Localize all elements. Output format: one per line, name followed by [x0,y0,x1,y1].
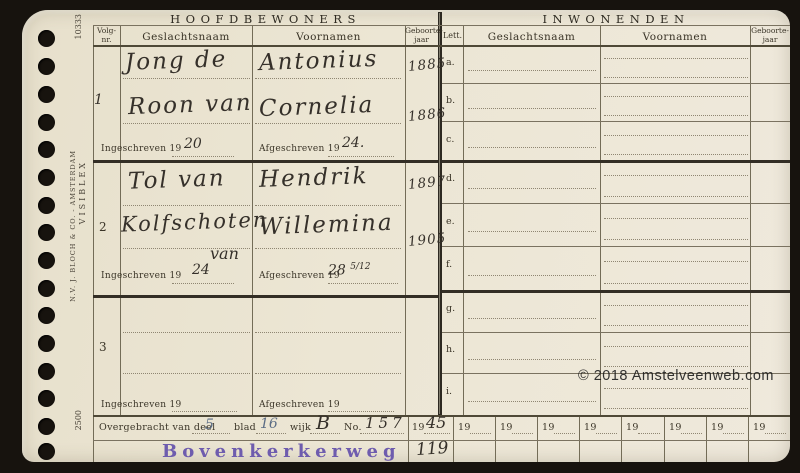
write-line [123,373,250,374]
section-title-inwonenden: INWONENDEN [442,12,790,26]
punch-hole [38,197,55,214]
column-header-geslachtsnaam-right: Geslachtsnaam [463,31,600,43]
write-line [360,433,404,434]
street-stamp: Bovenkerkerweg [162,441,401,462]
lett-label: d. [446,173,455,184]
punch-hole [38,335,55,352]
punch-hole [38,141,55,158]
overgebracht-label: Overgebracht van deel [99,422,215,433]
write-line [468,147,596,148]
punch-hole [38,114,55,131]
volgnr-value: 1 [94,92,103,108]
section-title-hoofdbewoners: HOOFDBEWONERS [93,12,438,26]
ingeschreven-label: Ingeschreven 19 [101,271,182,281]
divider [442,83,790,84]
write-line [604,135,748,136]
house-number: 119 [415,438,449,460]
write-line [255,123,401,124]
punch-hole [38,307,55,324]
lett-label: c. [446,134,454,145]
lett-label: e. [446,216,455,227]
write-line [255,205,401,206]
write-line [468,70,596,71]
ingeschreven-label: Ingeschreven 19 [101,144,182,154]
block-divider [93,295,438,298]
write-line [468,188,596,189]
entry-geslachtsnaam-extra: van [210,244,239,263]
punch-hole [38,224,55,241]
lett-label: b. [446,95,455,106]
write-line [604,77,748,78]
write-line [468,401,596,402]
write-line [172,156,234,157]
punch-hole [38,86,55,103]
write-line [604,346,748,347]
afgeschreven-label: Afgeschreven 19 [259,400,340,410]
write-line [123,123,250,124]
write-line [255,248,401,249]
write-line [468,318,596,319]
entry-geslachtsnaam: Kolfschoten [121,207,269,236]
punch-hole [38,390,55,407]
write-line [192,433,230,434]
divider [442,203,790,204]
column-header-geslachtsnaam-left: Geslachtsnaam [120,31,252,43]
write-line [470,433,491,434]
entry-voornamen: Cornelia [259,92,375,122]
afgeschreven-value: 24. [342,135,364,151]
entry-geslachtsnaam: Tol van [128,165,226,194]
divider [706,415,707,462]
write-line [554,433,575,434]
write-line [468,231,596,232]
year-prefix: 19 [584,422,597,433]
write-line [604,261,748,262]
no-label: No. [344,422,362,433]
section-divider [438,12,442,415]
blad-value: 16 [260,416,278,432]
write-line [255,373,401,374]
year-prefix: 19 [669,422,682,433]
divider [495,415,496,462]
write-line [123,332,250,333]
write-line [604,408,748,409]
afgeschreven-fraction: 5/12 [350,262,370,272]
write-line [255,78,401,79]
write-line [172,411,237,412]
write-line [172,283,234,284]
write-line [512,433,533,434]
write-line [604,96,748,97]
geboortejaar-line2: jaar [414,35,429,44]
write-line [604,305,748,306]
column-header-voornamen-left: Voornamen [252,31,405,43]
write-line [604,283,748,284]
divider [453,415,454,462]
ingeschreven-label: Ingeschreven 19 [101,400,182,410]
geboortejaar-line2: jaar [763,35,778,44]
serial-number-bottom: 2500 [74,410,83,430]
block-divider [93,160,438,163]
brand-name: VISIBLEX [78,160,87,224]
divider [408,415,409,462]
column-header-geboortejaar-right: Geboorte- jaar [750,27,790,44]
register-card: 10333 VISIBLEX N.V. J. BLOCH & CO. - AMS… [22,10,790,462]
column-header-voornamen-right: Voornamen [600,31,750,43]
write-line [604,196,748,197]
year-prefix: 19 [753,422,766,433]
divider [664,415,665,462]
column-header-lett: Lett. [442,32,463,41]
year-prefix: 19 [500,422,513,433]
write-line [604,58,748,59]
divider [579,415,580,462]
afgeschreven-value: 28 5/12 [328,262,371,279]
punch-hole [38,30,55,47]
write-line [123,205,250,206]
write-line [604,218,748,219]
write-line [328,283,398,284]
write-line [328,411,394,412]
lett-label: h. [446,344,455,355]
brand-company: N.V. J. BLOCH & CO. - AMSTERDAM [69,150,77,302]
write-line [256,433,286,434]
write-line [765,433,786,434]
column-header-volgnr: Volg- nr. [93,27,120,44]
divider [621,415,622,462]
year-prefix: 19 [626,422,639,433]
scanned-register-card-page: { "page": { "watermark": "© 2018 Amstelv… [0,0,800,473]
ingeschreven-value: 24 [192,262,210,278]
block-divider [442,160,790,163]
no-value: 157 [365,414,406,432]
write-line [604,239,748,240]
punch-hole [38,58,55,75]
write-line [255,332,401,333]
deel-value: 5 [205,417,214,433]
block-divider [442,290,790,293]
entry-voornamen: Antonius [259,46,379,76]
wijk-value: B [316,412,330,434]
write-line [328,156,394,157]
write-line [604,366,748,367]
divider [405,25,406,415]
copyright-watermark: © 2018 Amstelveenweb.com [578,368,774,384]
blad-label: blad [234,422,256,433]
write-line [638,433,660,434]
divider [442,246,790,247]
lett-label: f. [446,259,452,270]
entry-voornamen: Hendrik [259,163,369,193]
write-line [604,115,748,116]
afgeschreven-label: Afgeschreven 19 [259,144,340,154]
write-line [424,433,450,434]
write-line [468,275,596,276]
write-line [604,388,748,389]
year-prefix: 19 [711,422,724,433]
year-value: 45 [426,413,446,432]
punch-hole [38,252,55,269]
divider [442,332,790,333]
entry-geslachtsnaam: Jong de [125,46,228,76]
divider [442,121,790,122]
write-line [604,325,748,326]
punch-hole [38,169,55,186]
lett-label: i. [446,386,452,397]
write-line [468,108,596,109]
entry-geslachtsnaam: Roon van [128,90,253,120]
year-prefix: 19 [458,422,471,433]
serial-number-top: 10333 [74,14,83,39]
year-prefix: 19 [412,422,425,433]
divider [748,415,749,462]
punch-hole [38,280,55,297]
divider [93,25,94,462]
year-prefix: 19 [542,422,555,433]
write-line [123,78,250,79]
write-line [604,175,748,176]
write-line [604,154,748,155]
entry-voornamen: Willemina [259,210,394,241]
wijk-label: wijk [290,422,311,433]
lett-label: a. [446,57,455,68]
write-line [596,433,617,434]
write-line [681,433,702,434]
column-header-geboortejaar-left: Geboorte- jaar [405,27,438,44]
volgnr-value: 2 [99,220,107,234]
volgnr-value: 3 [99,340,107,354]
ingeschreven-value: 20 [184,136,202,152]
divider [537,415,538,462]
afgeschreven-year: 28 [328,263,346,279]
write-line [468,359,596,360]
punch-hole [38,363,55,380]
write-line [723,433,744,434]
volgnr-line2: nr. [102,35,112,44]
punch-hole [38,418,55,435]
punch-hole [38,443,55,460]
lett-label: g. [446,303,455,314]
